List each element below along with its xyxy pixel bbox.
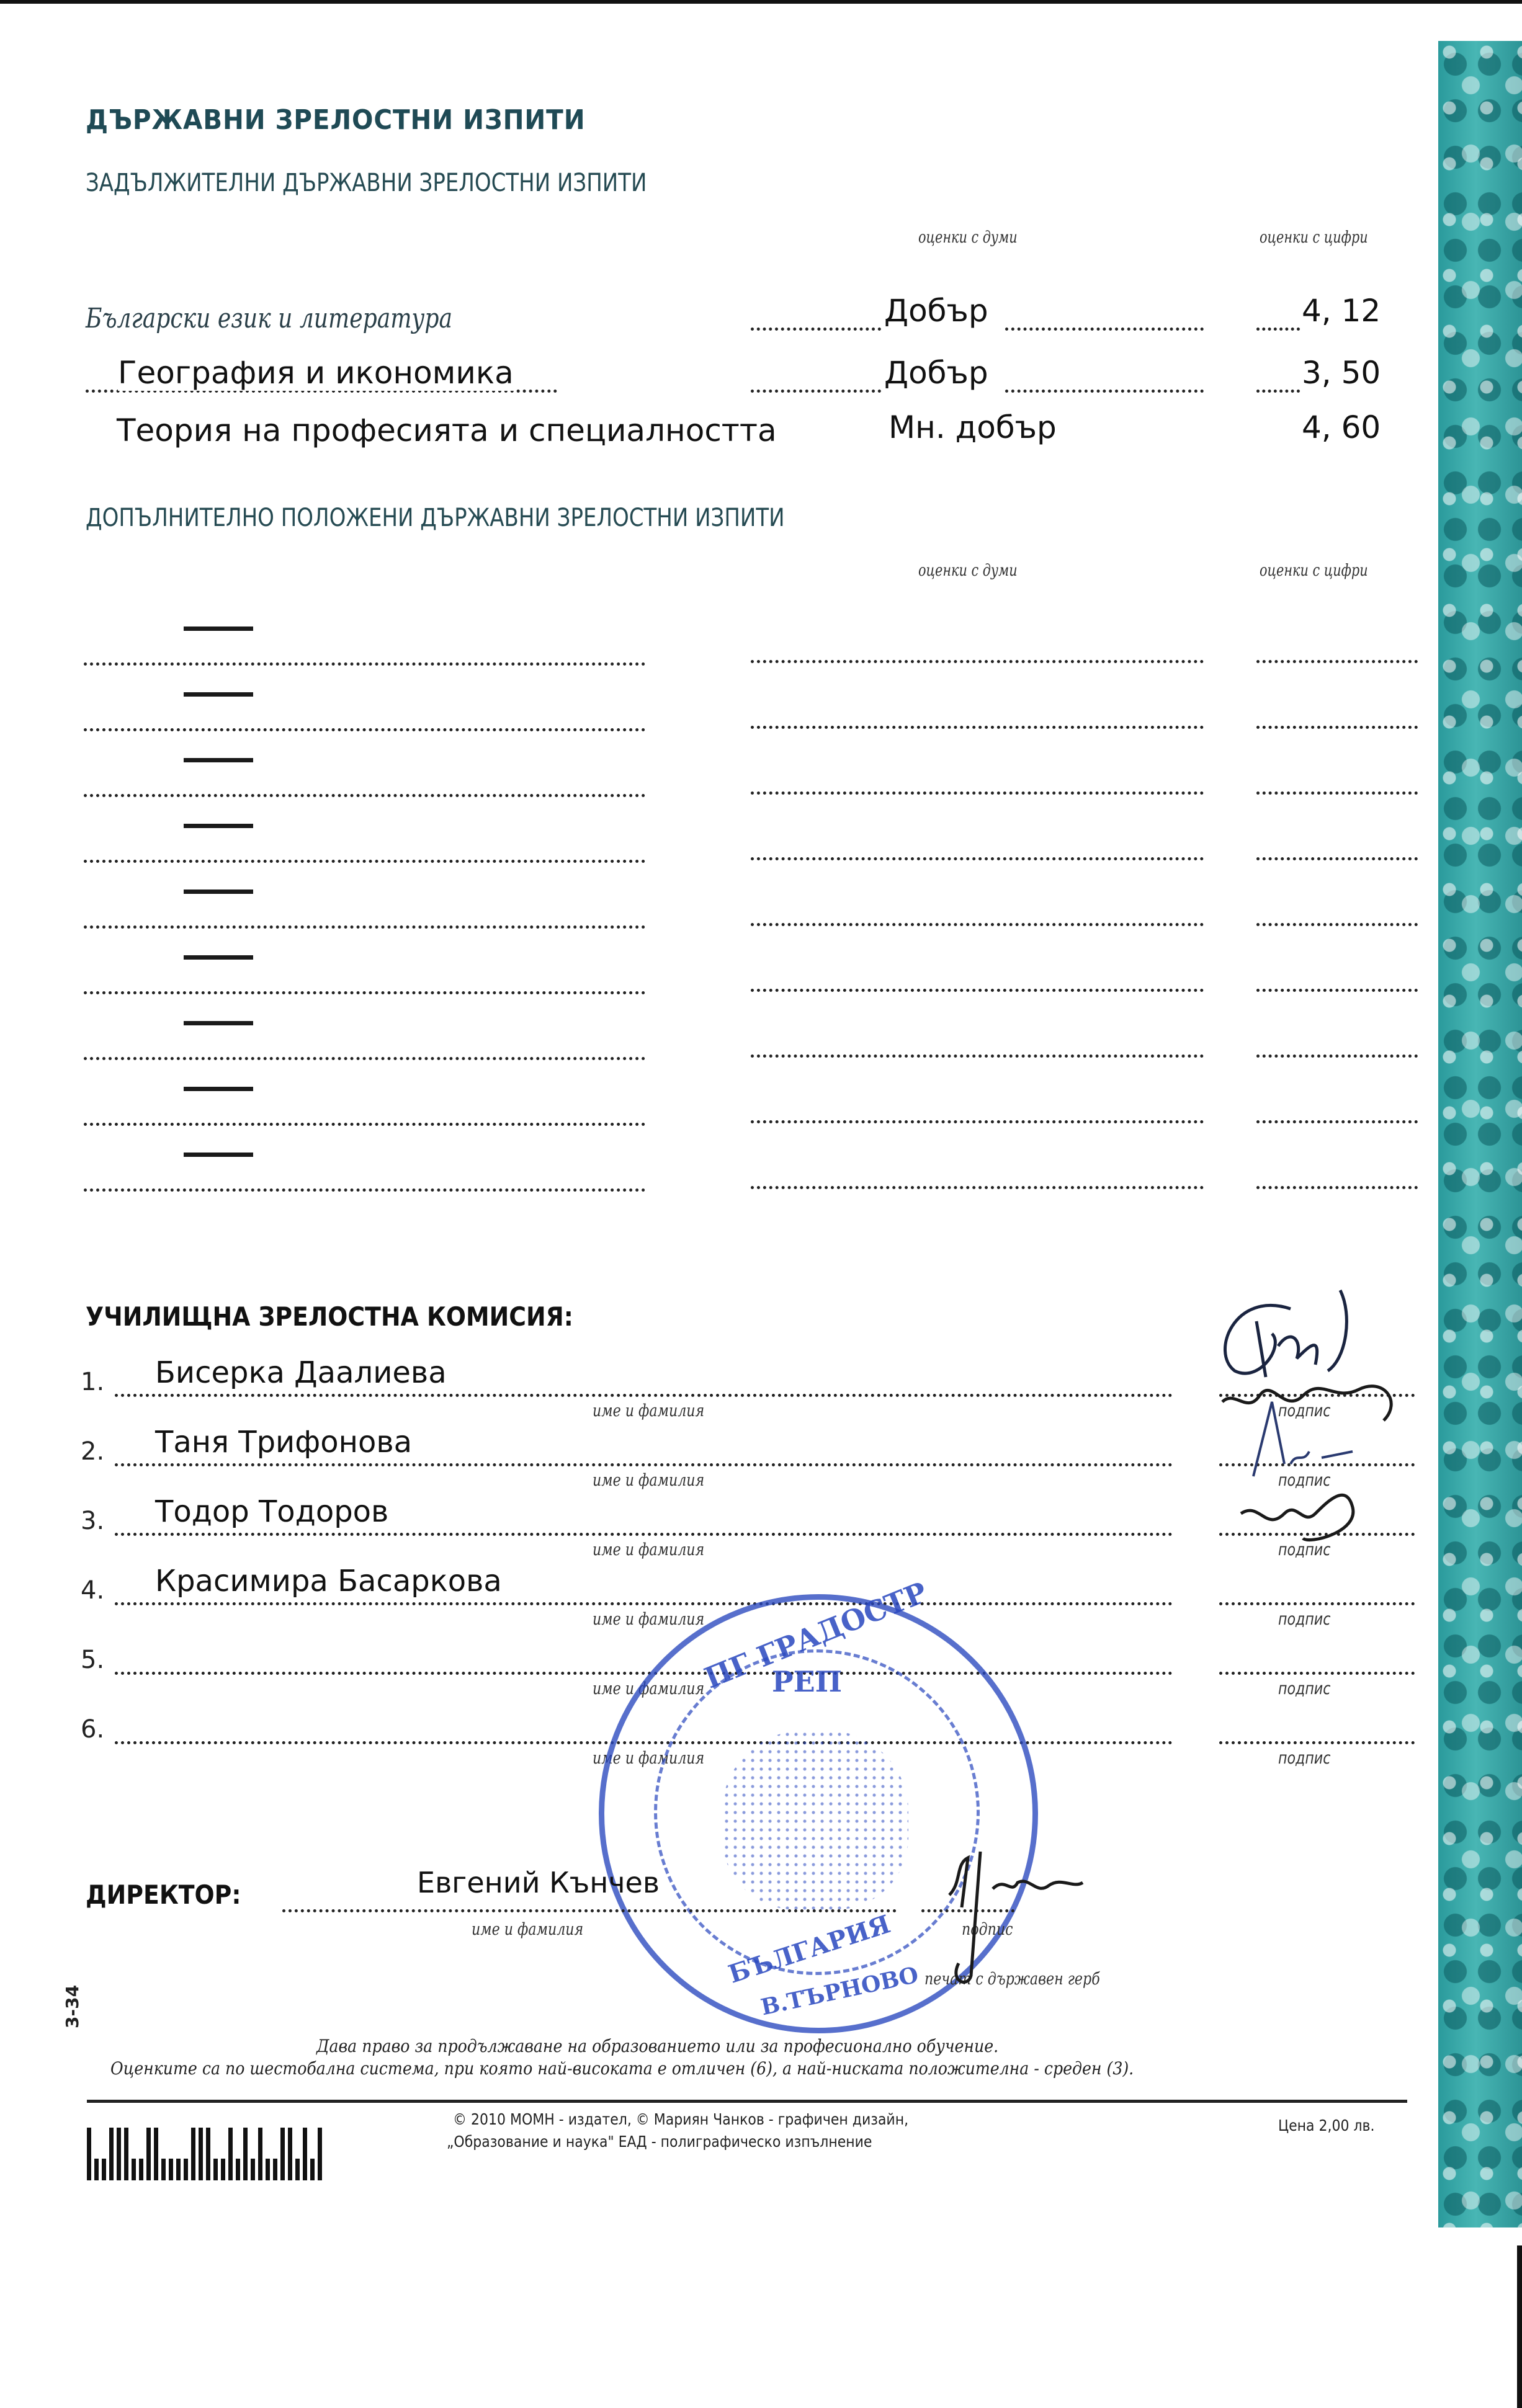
- barcode: [87, 2128, 434, 2180]
- grade-words-line: [751, 660, 1204, 663]
- member-signature-line: [1219, 1741, 1415, 1744]
- member-number: 6.: [81, 1715, 104, 1744]
- barcode-bar: [258, 2128, 262, 2180]
- dotted-line: [1256, 390, 1300, 393]
- grade-digits: 4, 12: [1302, 293, 1381, 329]
- member-name-line: [115, 1533, 1173, 1536]
- blank-marker: [184, 824, 253, 828]
- member-number: 3.: [81, 1507, 104, 1535]
- grade-digits: 3, 50: [1302, 355, 1381, 391]
- barcode-bar: [132, 2159, 136, 2180]
- director-label: ДИРЕКТОР:: [86, 1880, 241, 1910]
- dotted-line: [1005, 390, 1204, 393]
- grade-words-line: [751, 923, 1204, 926]
- page-top-edge: [0, 0, 1522, 4]
- barcode-bar: [191, 2128, 195, 2180]
- grade-digits-line: [1256, 1186, 1418, 1189]
- grade-words: Добър: [884, 355, 988, 391]
- grade-digits-line: [1256, 660, 1418, 663]
- exam-name-line: [84, 925, 645, 929]
- col-header-digits: оценки с цифри: [1260, 228, 1368, 247]
- coat-of-arms-icon: [722, 1730, 908, 1910]
- member-number: 4.: [81, 1576, 104, 1605]
- member-signature-label: подпис: [1278, 1679, 1330, 1698]
- member-name: Красимира Басаркова: [155, 1564, 502, 1599]
- grade-digits-line: [1256, 1055, 1418, 1058]
- commission-heading: УЧИЛИЩНА ЗРЕЛОСТНА КОМИСИЯ:: [86, 1301, 573, 1332]
- blank-marker: [184, 1021, 253, 1025]
- barcode-bar: [303, 2128, 307, 2180]
- director-name-label: име и фамилия: [472, 1920, 583, 1939]
- exam-name-line: [84, 991, 645, 994]
- barcode-bar: [87, 2128, 91, 2180]
- barcode-bar: [243, 2128, 248, 2180]
- barcode-bar: [251, 2159, 255, 2180]
- subject-name: География и икономика: [118, 355, 514, 391]
- member-number: 2.: [81, 1437, 104, 1466]
- barcode-bar: [124, 2128, 128, 2180]
- member-name: Таня Трифонова: [155, 1425, 412, 1460]
- member-number: 5.: [81, 1646, 104, 1674]
- barcode-bar: [169, 2159, 173, 2180]
- exam-name-line: [84, 860, 645, 863]
- exam-name-line: [84, 1188, 645, 1192]
- director-signature: [924, 1839, 1086, 1988]
- grade-words-line: [751, 857, 1204, 860]
- footer-divider: [87, 2100, 1407, 2103]
- exam-name-line: [84, 794, 645, 797]
- director-name: Евгений Кънчев: [417, 1866, 660, 1899]
- barcode-bar: [161, 2159, 166, 2180]
- barcode-bar: [176, 2159, 181, 2180]
- dotted-line: [1256, 328, 1300, 331]
- barcode-bar: [288, 2128, 292, 2180]
- dotted-line: [751, 328, 881, 331]
- grade-words-line: [751, 792, 1204, 795]
- member-name-label: име и фамилия: [593, 1401, 704, 1420]
- price: Цена 2,00 лв.: [1278, 2116, 1374, 2134]
- publisher-line-1: © 2010 МОМН - издател, © Мариян Чанков -…: [453, 2110, 908, 2128]
- member-name-label: име и фамилия: [593, 1471, 704, 1490]
- dotted-line: [751, 390, 881, 393]
- barcode-bar: [109, 2128, 114, 2180]
- grade-words-line: [751, 989, 1204, 992]
- director-name-line: [282, 1909, 897, 1912]
- member-name-label: име и фамилия: [593, 1540, 704, 1559]
- grade-digits-line: [1256, 792, 1418, 795]
- exam-name-line: [84, 662, 645, 666]
- page-right-edge: [1517, 2245, 1522, 2408]
- member-number: 1.: [81, 1368, 104, 1396]
- form-code: 3-34: [62, 1985, 83, 2028]
- dotted-line: [1005, 328, 1204, 331]
- col-header-words: оценки с думи: [918, 228, 1018, 247]
- member-signature-line: [1219, 1672, 1415, 1675]
- blank-marker: [184, 1153, 253, 1157]
- subject-name: Теория на професията и специалността: [117, 412, 777, 448]
- grade-words: Мн. добър: [889, 409, 1057, 445]
- barcode-bar: [310, 2159, 315, 2180]
- barcode-bar: [213, 2159, 218, 2180]
- barcode-bar: [221, 2159, 225, 2180]
- blank-marker: [184, 692, 253, 697]
- grade-digits-line: [1256, 726, 1418, 729]
- exam-name-line: [84, 728, 645, 731]
- barcode-bar: [280, 2128, 285, 2180]
- publisher-line-2: „Образование и наука" ЕАД - полиграфичес…: [447, 2133, 872, 2151]
- mandatory-heading: ЗАДЪЛЖИТЕЛНИ ДЪРЖАВНИ ЗРЕЛОСТНИ ИЗПИТИ: [86, 169, 647, 197]
- barcode-bar: [146, 2128, 151, 2180]
- member-name-label: име и фамилия: [593, 1610, 704, 1629]
- member-name-line: [115, 1602, 1173, 1605]
- grade-words: Добър: [884, 293, 988, 329]
- member-name-line: [115, 1463, 1173, 1466]
- page-title: ДЪРЖАВНИ ЗРЕЛОСТНИ ИЗПИТИ: [86, 104, 586, 136]
- grade-digits: 4, 60: [1302, 409, 1381, 445]
- member-name: Тодор Тодоров: [155, 1494, 388, 1529]
- barcode-bar: [206, 2128, 210, 2180]
- commission-signatures: [1197, 1278, 1439, 1613]
- barcode-bar: [273, 2159, 277, 2180]
- barcode-bar: [154, 2128, 158, 2180]
- blank-marker: [184, 890, 253, 894]
- barcode-bar: [228, 2128, 233, 2180]
- grade-words-line: [751, 726, 1204, 729]
- stamp-mid-text: РЕП: [772, 1665, 842, 1698]
- barcode-bar: [139, 2159, 143, 2180]
- blank-marker: [184, 627, 253, 631]
- barcode-bar: [102, 2159, 106, 2180]
- barcode-bar: [266, 2159, 270, 2180]
- blank-marker: [184, 955, 253, 960]
- blank-marker: [184, 758, 253, 762]
- barcode-bar: [318, 2128, 322, 2180]
- barcode-bar: [295, 2159, 300, 2180]
- grade-words-line: [751, 1186, 1204, 1189]
- note-line-2: Оценките са по шестобална система, при к…: [110, 2058, 1134, 2079]
- col-header-words: оценки с думи: [918, 561, 1018, 580]
- grade-words-line: [751, 1055, 1204, 1058]
- additional-heading: ДОПЪЛНИТЕЛНО ПОЛОЖЕНИ ДЪРЖАВНИ ЗРЕЛОСТНИ…: [86, 504, 785, 532]
- exam-name-line: [84, 1057, 645, 1060]
- member-signature-label: подпис: [1278, 1749, 1330, 1768]
- subject-name: Български език и литература: [86, 303, 452, 334]
- barcode-bar: [236, 2159, 240, 2180]
- member-name: Бисерка Даалиева: [155, 1355, 447, 1390]
- barcode-bar: [199, 2128, 203, 2180]
- barcode-bar: [94, 2159, 99, 2180]
- barcode-bar: [184, 2159, 188, 2180]
- decorative-border: [1438, 41, 1522, 2227]
- member-name-line: [115, 1672, 1173, 1675]
- grade-words-line: [751, 1120, 1204, 1123]
- barcode-bar: [117, 2128, 121, 2180]
- grade-digits-line: [1256, 1120, 1418, 1123]
- blank-marker: [184, 1087, 253, 1091]
- member-name-line: [115, 1394, 1173, 1397]
- grade-digits-line: [1256, 857, 1418, 860]
- grade-digits-line: [1256, 923, 1418, 926]
- grade-digits-line: [1256, 989, 1418, 992]
- note-line-1: Дава право за продължаване на образовани…: [316, 2036, 998, 2056]
- col-header-digits: оценки с цифри: [1260, 561, 1368, 580]
- exam-name-line: [84, 1123, 645, 1126]
